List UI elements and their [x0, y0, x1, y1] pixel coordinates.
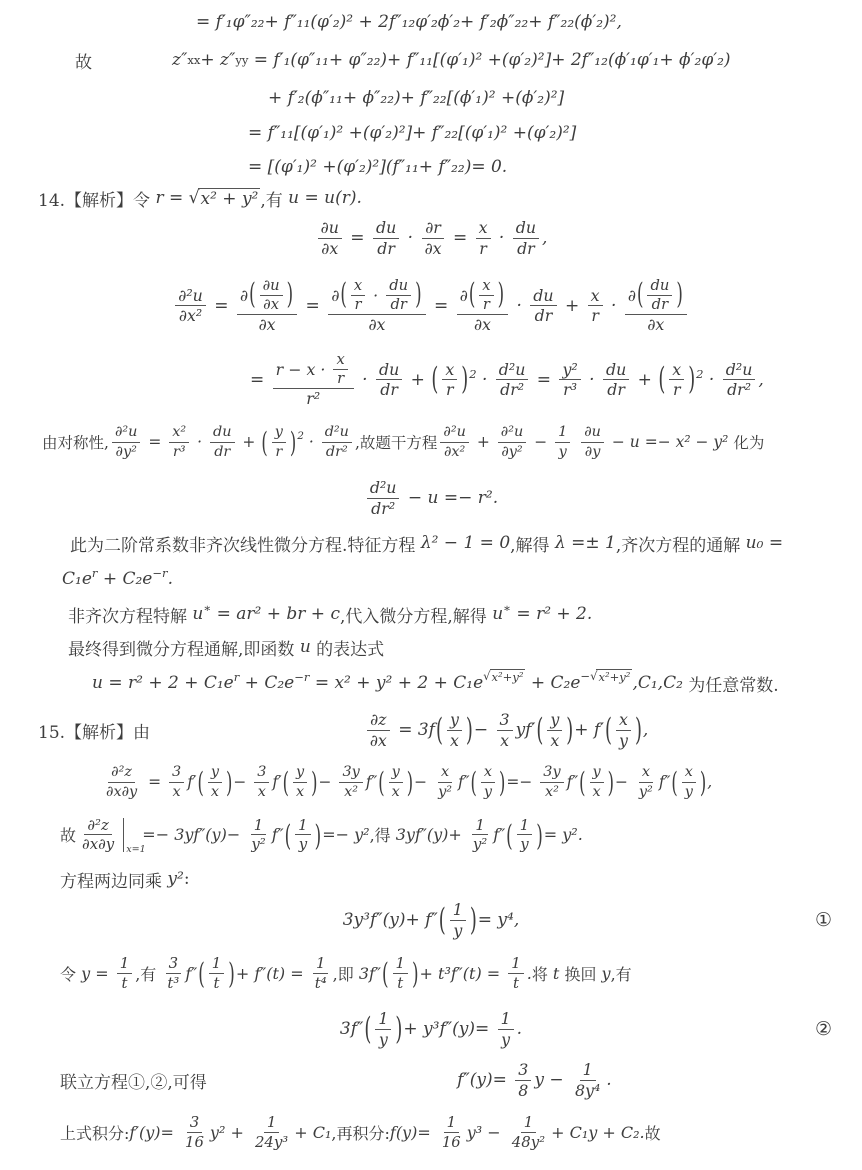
- math-expression: = [(φ′₁)² +(φ′₂)²](f″₁₁+ f″₂₂)= 0.: [248, 157, 507, 177]
- equation-line-13e: = [(φ′₁)² +(φ′₂)²](f″₁₁+ f″₂₂)= 0.: [0, 150, 862, 184]
- problem-14-intro: 14.【解析】令 r = √x² + y²,有 u = u(r).: [0, 184, 862, 212]
- math-expression: z″xx+ z″yy = f′₁(φ″₁₁+ φ″₂₂)+ f″₁₁[(φ′₁)…: [172, 50, 731, 70]
- equation-line-13b: 故 z″xx+ z″yy = f′₁(φ″₁₁+ φ″₂₂)+ f″₁₁[(φ′…: [0, 40, 862, 80]
- equation-number-1: ①: [815, 909, 832, 931]
- equation-line-13a: = f′₁φ″₂₂+ f″₁₁(φ′₂)² + 2f″₁₂φ′₂ϕ′₂+ f′₂…: [0, 4, 862, 40]
- math-expression: 上式积分:f′(y)= 316y² + 124y³+ C₁,再积分:f(y)= …: [60, 1113, 661, 1151]
- math-expression: 方程两边同乘 y²:: [60, 867, 190, 892]
- equation-14-final: u = r² + 2 + C₁er + C₂e−r = x² + y² + 2 …: [0, 662, 862, 704]
- math-expression: = f′₁φ″₂₂+ f″₁₁(φ′₂)² + 2f″₁₂φ′₂ϕ′₂+ f′₂…: [196, 12, 622, 32]
- math-expression: ∂²z∂x∂y = 3xf′(yx)− 3xf′(yx)− 3yx²f″(yx)…: [100, 763, 712, 800]
- equation-15-3: 故∂²z∂x∂yx=1 =− 3yf″(y)− 1y²f″(1y)=− y²,得…: [0, 808, 862, 862]
- math-expression: d²udr² − u =− r².: [364, 478, 498, 519]
- math-expression: 3f″(1y)+ y³f″(y)= 1y.: [340, 1009, 522, 1050]
- combine-line: 联立方程①,②,可得 f″(y)= 38y − 18y⁴.: [0, 1056, 862, 1104]
- math-expression: = r − x · xrr² · dudr + (xr)2 · d²udr² =…: [250, 351, 764, 410]
- math-expression: 由对称性,∂²u∂y² = x²r³ · dudr + (yr)2 · d²ud…: [42, 423, 764, 460]
- symmetry-line: 由对称性,∂²u∂y² = x²r³ · dudr + (yr)2 · d²ud…: [0, 412, 862, 472]
- math-expression: f″(y)= 38y − 18y⁴.: [457, 1060, 612, 1101]
- math-expression: ∂²u∂x² = ∂(∂u∂x)∂x = ∂(xr · dudr)∂x = ∂(…: [172, 277, 690, 336]
- problem-15-label: 15.【解析】由: [38, 718, 150, 743]
- math-expression: C₁er + C₂e−r.: [62, 569, 173, 589]
- math-expression: ∂z∂x = 3f(yx)− 3xyf′(yx)+ f′(xy),: [364, 710, 649, 751]
- equation-circled-2: 3f″(1y)+ y³f″(y)= 1y. ②: [0, 1002, 862, 1056]
- problem-15-intro: 15.【解析】由 ∂z∂x = 3f(yx)− 3xyf′(yx)+ f′(xy…: [0, 704, 862, 756]
- math-expression: ∂u∂x = dudr · ∂r∂x = xr · dudr,: [315, 218, 548, 259]
- paragraph-general-solution: 最终得到微分方程通解,即函数 u 的表达式: [0, 632, 862, 662]
- math-expression: 最终得到微分方程通解,即函数 u 的表达式: [68, 635, 384, 660]
- integration-line: 上式积分:f′(y)= 316y² + 124y³+ C₁,再积分:f(y)= …: [0, 1104, 862, 1160]
- math-expression: 3y³f″(y)+ f″(1y)= y⁴,: [343, 900, 520, 941]
- combine-label: 联立方程①,②,可得: [60, 1068, 207, 1093]
- equation-14-1: ∂u∂x = dudr · ∂r∂x = xr · dudr,: [0, 212, 862, 264]
- math-expression: + f′₂(ϕ″₁₁+ ϕ″₂₂)+ f″₂₂[(ϕ′₁)² +(ϕ′₂)²]: [268, 88, 564, 108]
- math-expression: u = r² + 2 + C₁er + C₂e−r = x² + y² + 2 …: [92, 671, 779, 696]
- multiply-note: 方程两边同乘 y²:: [0, 862, 862, 896]
- equation-15-1-wrap: ∂z∂x = 3f(yx)− 3xyf′(yx)+ f′(xy),: [150, 710, 862, 751]
- equation-line-13d: = f″₁₁[(φ′₁)² +(φ′₂)²]+ f″₂₂[(φ′₁)² +(φ′…: [0, 116, 862, 150]
- solution-page: = f′₁φ″₂₂+ f″₁₁(φ′₂)² + 2f″₁₂φ′₂ϕ′₂+ f′₂…: [0, 0, 862, 1170]
- fpp-wrap: f″(y)= 38y − 18y⁴.: [207, 1060, 862, 1101]
- equation-number-2: ②: [815, 1018, 832, 1040]
- equation-14-2: ∂²u∂x² = ∂(∂u∂x)∂x = ∂(xr · dudr)∂x = ∂(…: [0, 264, 862, 348]
- paragraph-particular-solution: 非齐次方程特解 u∗ = ar² + br + c,代入微分方程,解得 u∗ =…: [0, 596, 862, 632]
- equation-14-4: d²udr² − u =− r².: [0, 472, 862, 524]
- math-expression: 非齐次方程特解 u∗ = ar² + br + c,代入微分方程,解得 u∗ =…: [68, 602, 592, 627]
- math-expression: 此为二阶常系数非齐次线性微分方程.特征方程 λ² − 1 = 0,解得 λ =±…: [70, 531, 783, 556]
- connector-label: 故: [75, 48, 92, 73]
- equation-circled-1: 3y³f″(y)+ f″(1y)= y⁴, ①: [0, 896, 862, 944]
- paragraph-homogeneous-solution: C₁er + C₂e−r.: [0, 562, 862, 596]
- equation-15-2: ∂²z∂x∂y = 3xf′(yx)− 3xf′(yx)− 3yx²f″(yx)…: [0, 756, 862, 808]
- math-expression: = f″₁₁[(φ′₁)² +(φ′₂)²]+ f″₂₂[(φ′₁)² +(φ′…: [248, 123, 576, 143]
- substitution-line: 令 y = 1t,有 3t³f″(1t)+ f″(t) = 1t⁴,即 3f″(…: [0, 944, 862, 1002]
- equation-line-13c: + f′₂(ϕ″₁₁+ ϕ″₂₂)+ f″₂₂[(ϕ′₁)² +(ϕ′₂)²]: [0, 80, 862, 116]
- paragraph-characteristic: 此为二阶常系数非齐次线性微分方程.特征方程 λ² − 1 = 0,解得 λ =±…: [0, 524, 862, 562]
- math-expression: 故∂²z∂x∂yx=1 =− 3yf″(y)− 1y²f″(1y)=− y²,得…: [60, 816, 583, 854]
- math-expression: 令 y = 1t,有 3t³f″(1t)+ f″(t) = 1t⁴,即 3f″(…: [60, 954, 632, 992]
- equation-14-3: = r − x · xrr² · dudr + (xr)2 · d²udr² =…: [0, 348, 862, 412]
- math-expression: 14.【解析】令 r = √x² + y²,有 u = u(r).: [38, 186, 362, 211]
